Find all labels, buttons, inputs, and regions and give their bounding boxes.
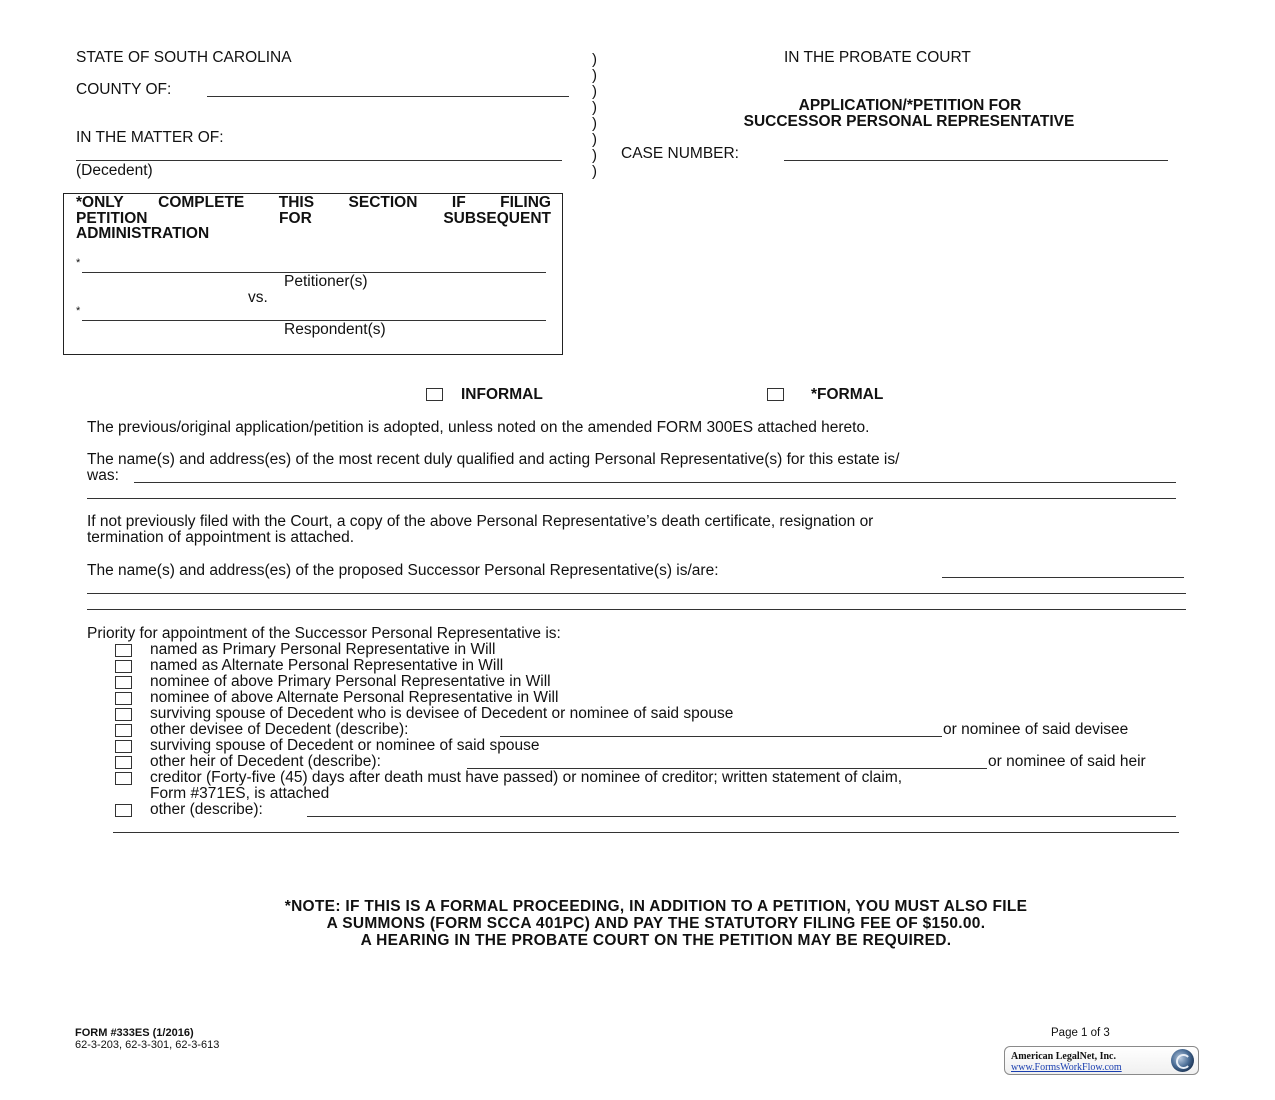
court-label: IN THE PROBATE COURT: [784, 50, 971, 66]
priority-checkbox-alternate-pr[interactable]: [115, 660, 132, 673]
other-devisee-field[interactable]: [500, 736, 942, 737]
respondent-asterisk: *: [76, 306, 80, 317]
priority-suffix: or nominee of said heir: [988, 754, 1146, 770]
case-number-field[interactable]: [784, 160, 1168, 161]
case-number-label: CASE NUMBER:: [621, 146, 739, 162]
other-describe-field-line2[interactable]: [113, 832, 1179, 833]
proposed-pr-field-line2[interactable]: [87, 593, 1186, 594]
priority-label: named as Primary Personal Representative…: [150, 642, 495, 658]
county-field[interactable]: [207, 96, 569, 97]
informal-label: INFORMAL: [461, 387, 543, 403]
other-describe-field-line1[interactable]: [307, 816, 1176, 817]
note-line1: *NOTE: IF THIS IS A FORMAL PROCEEDING, I…: [0, 898, 1275, 916]
publisher-link[interactable]: www.FormsWorkFlow.com: [1011, 1062, 1122, 1073]
respondent-label: Respondent(s): [284, 322, 386, 338]
priority-label: nominee of above Primary Personal Repres…: [150, 674, 551, 690]
priority-label: other (describe):: [150, 802, 263, 818]
informal-checkbox[interactable]: [426, 388, 443, 401]
priority-label: nominee of above Alternate Personal Repr…: [150, 690, 558, 706]
priority-heading: Priority for appointment of the Successo…: [87, 626, 561, 642]
priority-checkbox-other-devisee[interactable]: [115, 724, 132, 737]
form-title-line2: SUCCESSOR PERSONAL REPRESENTATIVE: [0, 114, 1275, 130]
decedent-label: (Decedent): [76, 163, 153, 179]
death-cert-text-line2: termination of appointment is attached.: [87, 530, 354, 546]
county-label: COUNTY OF:: [76, 82, 171, 98]
recent-pr-was: was:: [87, 468, 119, 484]
note-line3: A HEARING IN THE PROBATE COURT ON THE PE…: [0, 932, 1275, 950]
caption-divider: ): [592, 84, 597, 99]
priority-checkbox-creditor[interactable]: [115, 772, 132, 785]
priority-checkbox-other-heir[interactable]: [115, 756, 132, 769]
recent-pr-field-line1[interactable]: [134, 482, 1176, 483]
caption-divider: ): [592, 148, 597, 163]
heading-word: SUBSEQUENT: [443, 210, 551, 228]
note-line2: A SUMMONS (FORM SCCA 401PC) AND PAY THE …: [0, 915, 1275, 933]
decedent-name-field[interactable]: [76, 160, 562, 161]
priority-label: other heir of Decedent (describe):: [150, 754, 381, 770]
proposed-pr-field-line1[interactable]: [942, 577, 1184, 578]
heading-word: FOR: [279, 210, 312, 228]
petitioner-asterisk: *: [76, 258, 80, 269]
priority-suffix: or nominee of said devisee: [943, 722, 1128, 738]
priority-checkbox-other[interactable]: [115, 804, 132, 817]
priority-label-line2: Form #371ES, is attached: [150, 786, 329, 802]
priority-checkbox-primary-nominee[interactable]: [115, 676, 132, 689]
priority-label: named as Alternate Personal Representati…: [150, 658, 503, 674]
priority-checkbox-surviving-spouse[interactable]: [115, 740, 132, 753]
priority-checkbox-spouse-devisee[interactable]: [115, 708, 132, 721]
matter-label: IN THE MATTER OF:: [76, 130, 224, 146]
publisher-logo[interactable]: American LegalNet, Inc. www.FormsWorkFlo…: [1004, 1046, 1199, 1075]
petitioner-label: Petitioner(s): [284, 274, 368, 290]
state-label: STATE OF SOUTH CAROLINA: [76, 50, 292, 66]
caption-divider: ): [592, 68, 597, 83]
form-title-line1: APPLICATION/*PETITION FOR: [0, 98, 1275, 114]
proposed-pr-field-line3[interactable]: [87, 609, 1186, 610]
death-cert-text-line1: If not previously filed with the Court, …: [87, 514, 873, 530]
caption-divider: ): [592, 132, 597, 147]
recent-pr-text: The name(s) and address(es) of the most …: [87, 452, 899, 468]
priority-label: surviving spouse of Decedent or nominee …: [150, 738, 539, 754]
adopted-statement: The previous/original application/petiti…: [87, 420, 869, 436]
priority-checkbox-primary-pr[interactable]: [115, 644, 132, 657]
page-number: Page 1 of 3: [1051, 1028, 1110, 1040]
caption-divider: ): [592, 164, 597, 179]
subsequent-heading-line3: ADMINISTRATION: [76, 226, 209, 242]
priority-label: other devisee of Decedent (describe):: [150, 722, 408, 738]
recent-pr-field-line2[interactable]: [87, 498, 1176, 499]
priority-label: surviving spouse of Decedent who is devi…: [150, 706, 733, 722]
vs-label: vs.: [248, 290, 268, 306]
publisher-name: American LegalNet, Inc.: [1011, 1051, 1116, 1062]
form-id: FORM #333ES (1/2016): [75, 1028, 194, 1039]
statute-references: 62-3-203, 62-3-301, 62-3-613: [75, 1040, 219, 1051]
caption-divider: ): [592, 52, 597, 67]
formal-label: *FORMAL: [811, 387, 883, 403]
formal-checkbox[interactable]: [767, 388, 784, 401]
priority-checkbox-alternate-nominee[interactable]: [115, 692, 132, 705]
globe-icon: [1171, 1049, 1194, 1072]
proposed-pr-label: The name(s) and address(es) of the propo…: [87, 563, 719, 579]
priority-label: creditor (Forty-five (45) days after dea…: [150, 770, 902, 786]
